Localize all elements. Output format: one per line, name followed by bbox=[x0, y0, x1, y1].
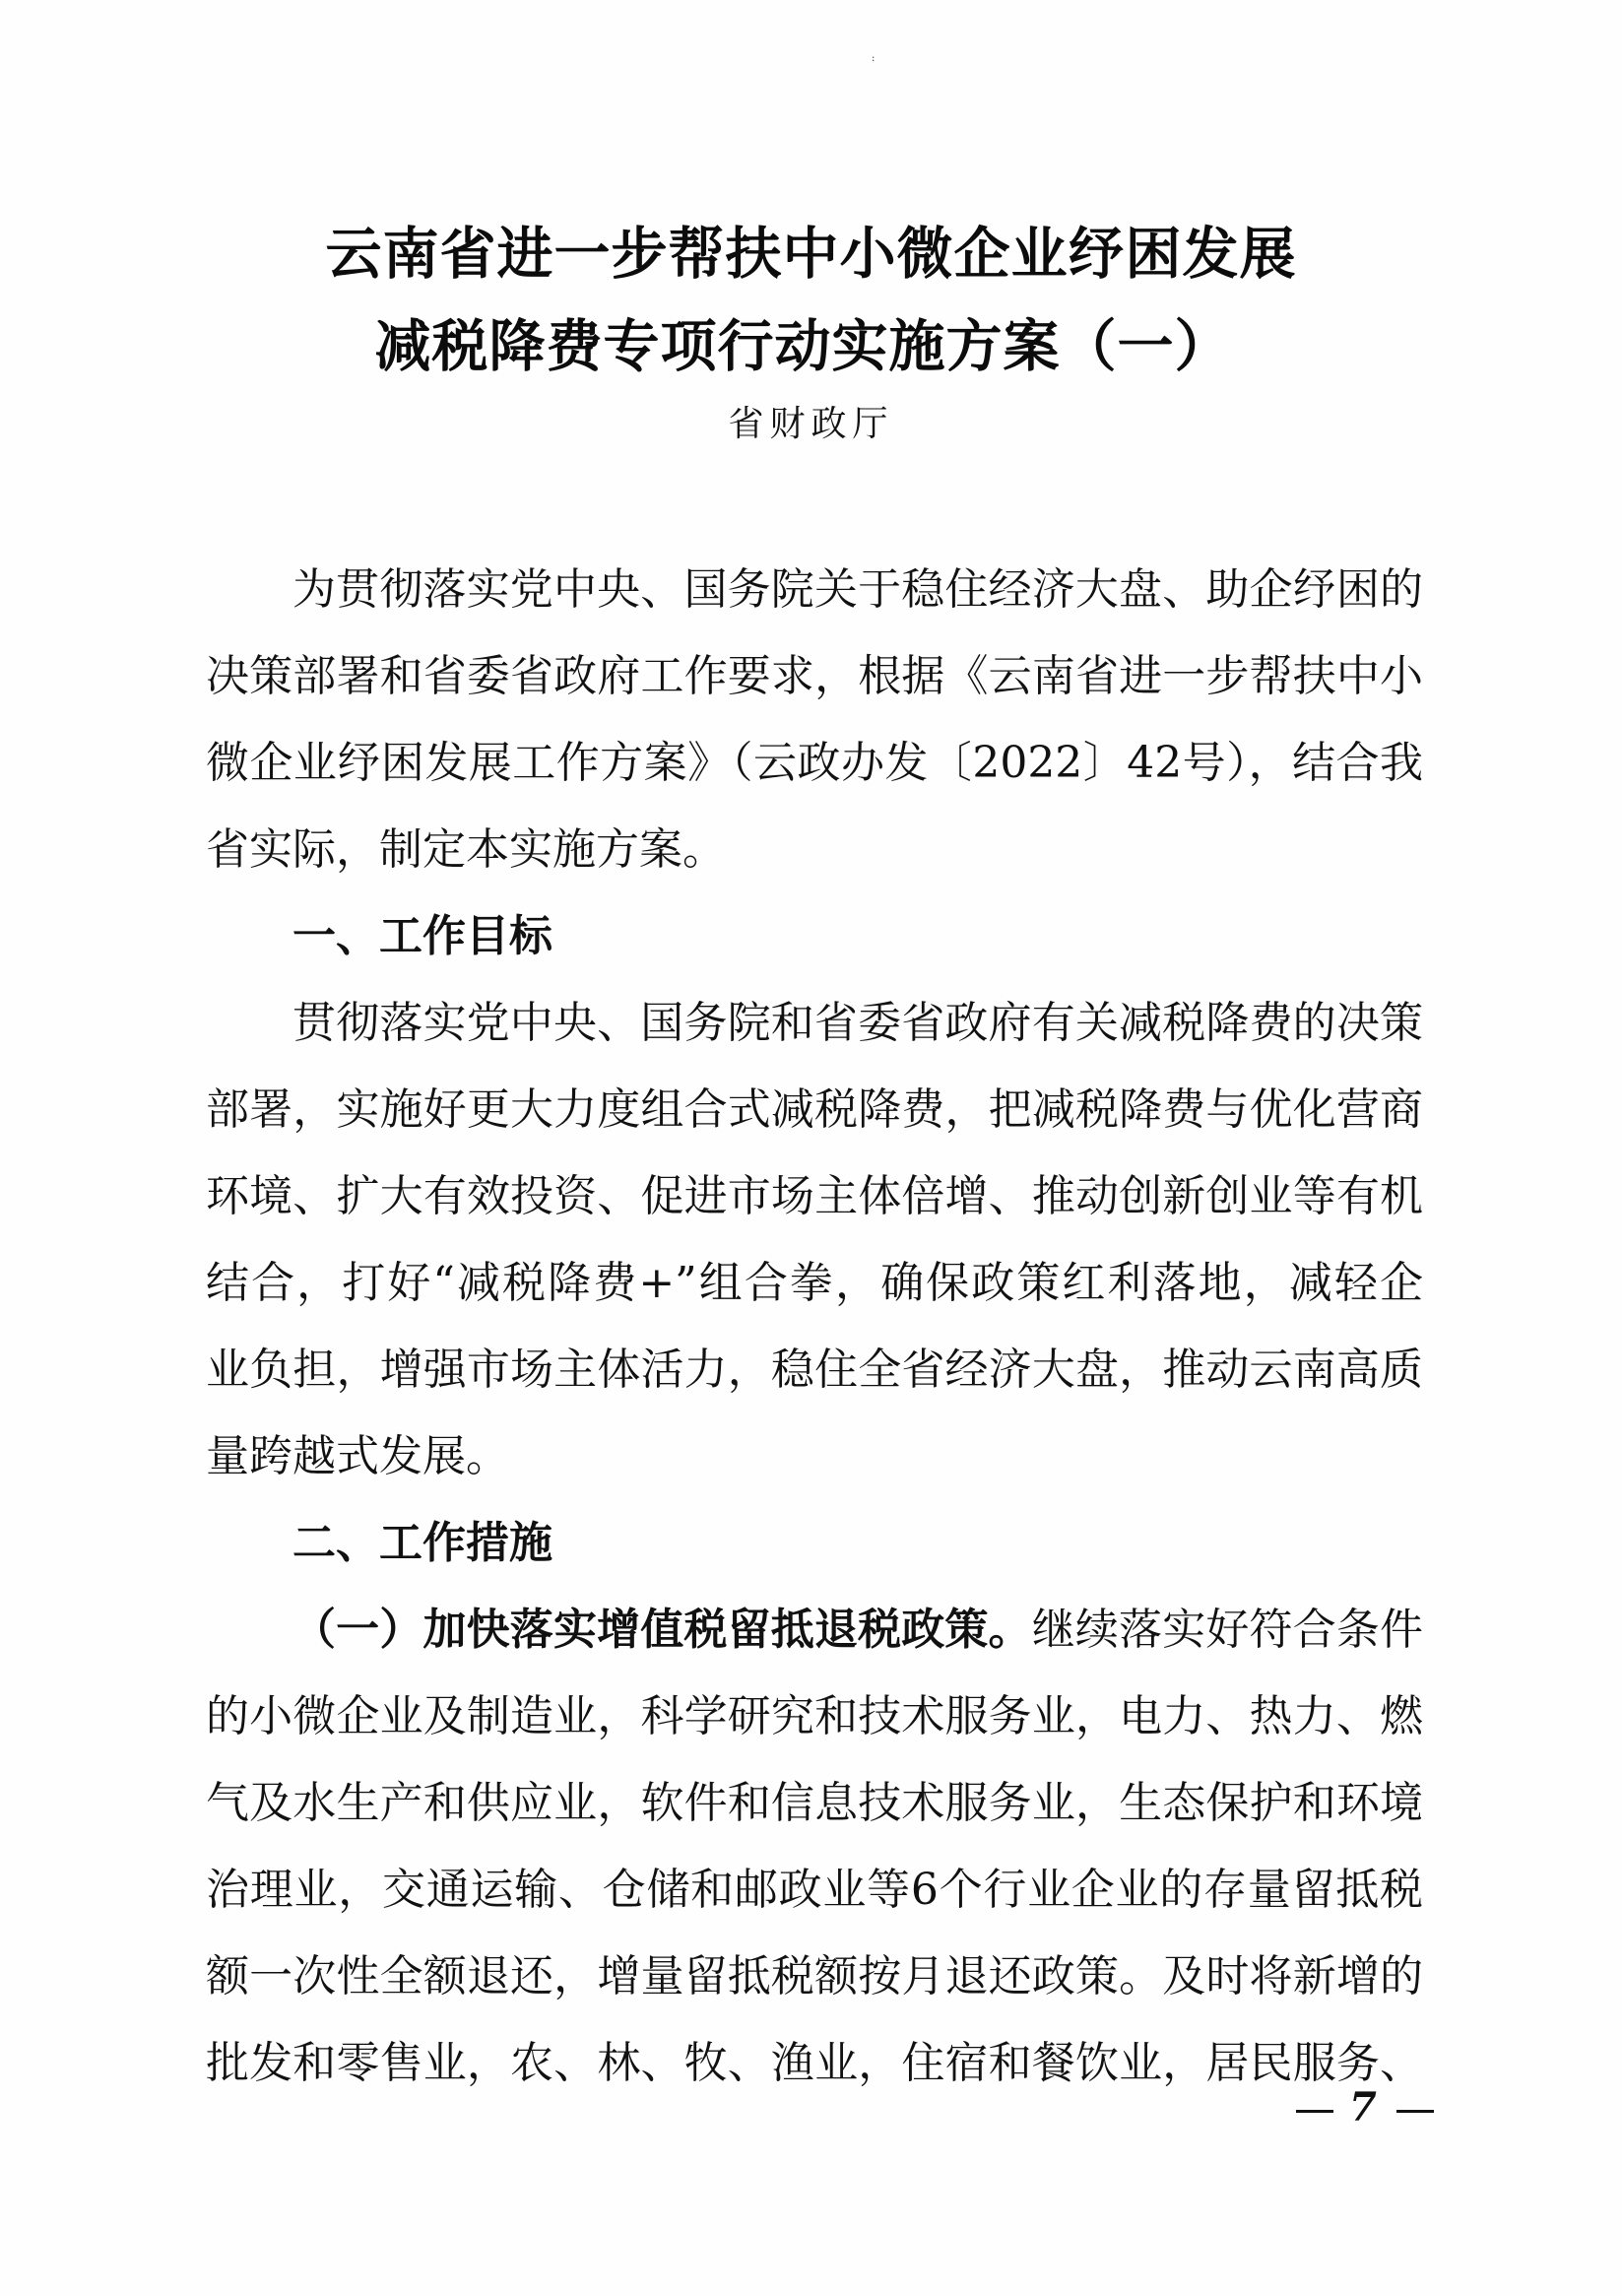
paragraph-line: 微企业纾困发展工作方案》（云政办发〔2022〕42号），结合我 bbox=[206, 720, 1423, 807]
document-title-line-1: 云南省进一步帮扶中小微企业纾困发展 bbox=[0, 209, 1622, 290]
paragraph-line: 结合，打好“减税降费+”组合拳，确保政策红利落地，减轻企 bbox=[206, 1240, 1423, 1327]
intro-paragraph: 为贯彻落实党中央、国务院关于稳住经济大盘、助企纾困的 决策部署和省委省政府工作要… bbox=[206, 547, 1423, 893]
document-title-line-2: 减税降费专项行动实施方案（一） bbox=[0, 301, 1614, 382]
paragraph-line: 业负担，增强市场主体活力，稳住全省经济大盘，推动云南高质 bbox=[206, 1327, 1423, 1413]
paragraph-line: 量跨越式发展。 bbox=[206, 1413, 1423, 1500]
paragraph-line: 的小微企业及制造业，科学研究和技术服务业，电力、热力、燃 bbox=[206, 1673, 1423, 1760]
paragraph-line: 额一次性全额退还，增量留抵税额按月退还政策。及时将新增的 bbox=[206, 1934, 1423, 2020]
paragraph-line: 气及水生产和供应业，软件和信息技术服务业，生态保护和环境 bbox=[206, 1760, 1423, 1847]
document-body: 为贯彻落实党中央、国务院关于稳住经济大盘、助企纾困的 决策部署和省委省政府工作要… bbox=[206, 547, 1423, 2107]
page-number-value: 7 bbox=[1349, 2084, 1381, 2131]
subsection-first-line: （一）加快落实增值税留抵退税政策。继续落实好符合条件 bbox=[206, 1587, 1423, 1673]
section-heading: 一、工作目标 bbox=[206, 893, 1423, 980]
page-number: 7 bbox=[1280, 2084, 1450, 2131]
section-work-goals: 一、工作目标 贯彻落实党中央、国务院和省委省政府有关减税降费的决策 部署，实施好… bbox=[206, 893, 1423, 1500]
paragraph-line: 省实际，制定本实施方案。 bbox=[206, 807, 1423, 893]
paragraph-line: 批发和零售业，农、林、牧、渔业，住宿和餐饮业，居民服务、 bbox=[206, 2020, 1423, 2107]
subsection-first-line-text: 继续落实好符合条件 bbox=[1032, 1605, 1423, 1655]
subsection-lead: （一）加快落实增值税留抵退税政策。 bbox=[292, 1605, 1032, 1655]
section-work-measures: 二、工作措施 （一）加快落实增值税留抵退税政策。继续落实好符合条件 的小微企业及… bbox=[206, 1500, 1423, 2107]
paragraph-line: 治理业，交通运输、仓储和邮政业等6个行业企业的存量留抵税 bbox=[206, 1847, 1423, 1934]
dash-left bbox=[1296, 2110, 1333, 2113]
paragraph-line: 环境、扩大有效投资、促进市场主体倍增、推动创新创业等有机 bbox=[206, 1153, 1423, 1240]
dash-right bbox=[1396, 2110, 1434, 2113]
document-author: 省财政厅 bbox=[0, 396, 1622, 446]
document-page: : 云南省进一步帮扶中小微企业纾困发展 减税降费专项行动实施方案（一） 省财政厅… bbox=[0, 0, 1622, 2296]
paragraph-line: 为贯彻落实党中央、国务院关于稳住经济大盘、助企纾困的 bbox=[206, 547, 1423, 633]
paragraph-line: 决策部署和省委省政府工作要求，根据《云南省进一步帮扶中小 bbox=[206, 633, 1423, 720]
scan-artifact: : bbox=[872, 56, 876, 68]
paragraph-line: 贯彻落实党中央、国务院和省委省政府有关减税降费的决策 bbox=[206, 980, 1423, 1067]
section-heading: 二、工作措施 bbox=[206, 1500, 1423, 1587]
paragraph-line: 部署，实施好更大力度组合式减税降费，把减税降费与优化营商 bbox=[206, 1067, 1423, 1153]
